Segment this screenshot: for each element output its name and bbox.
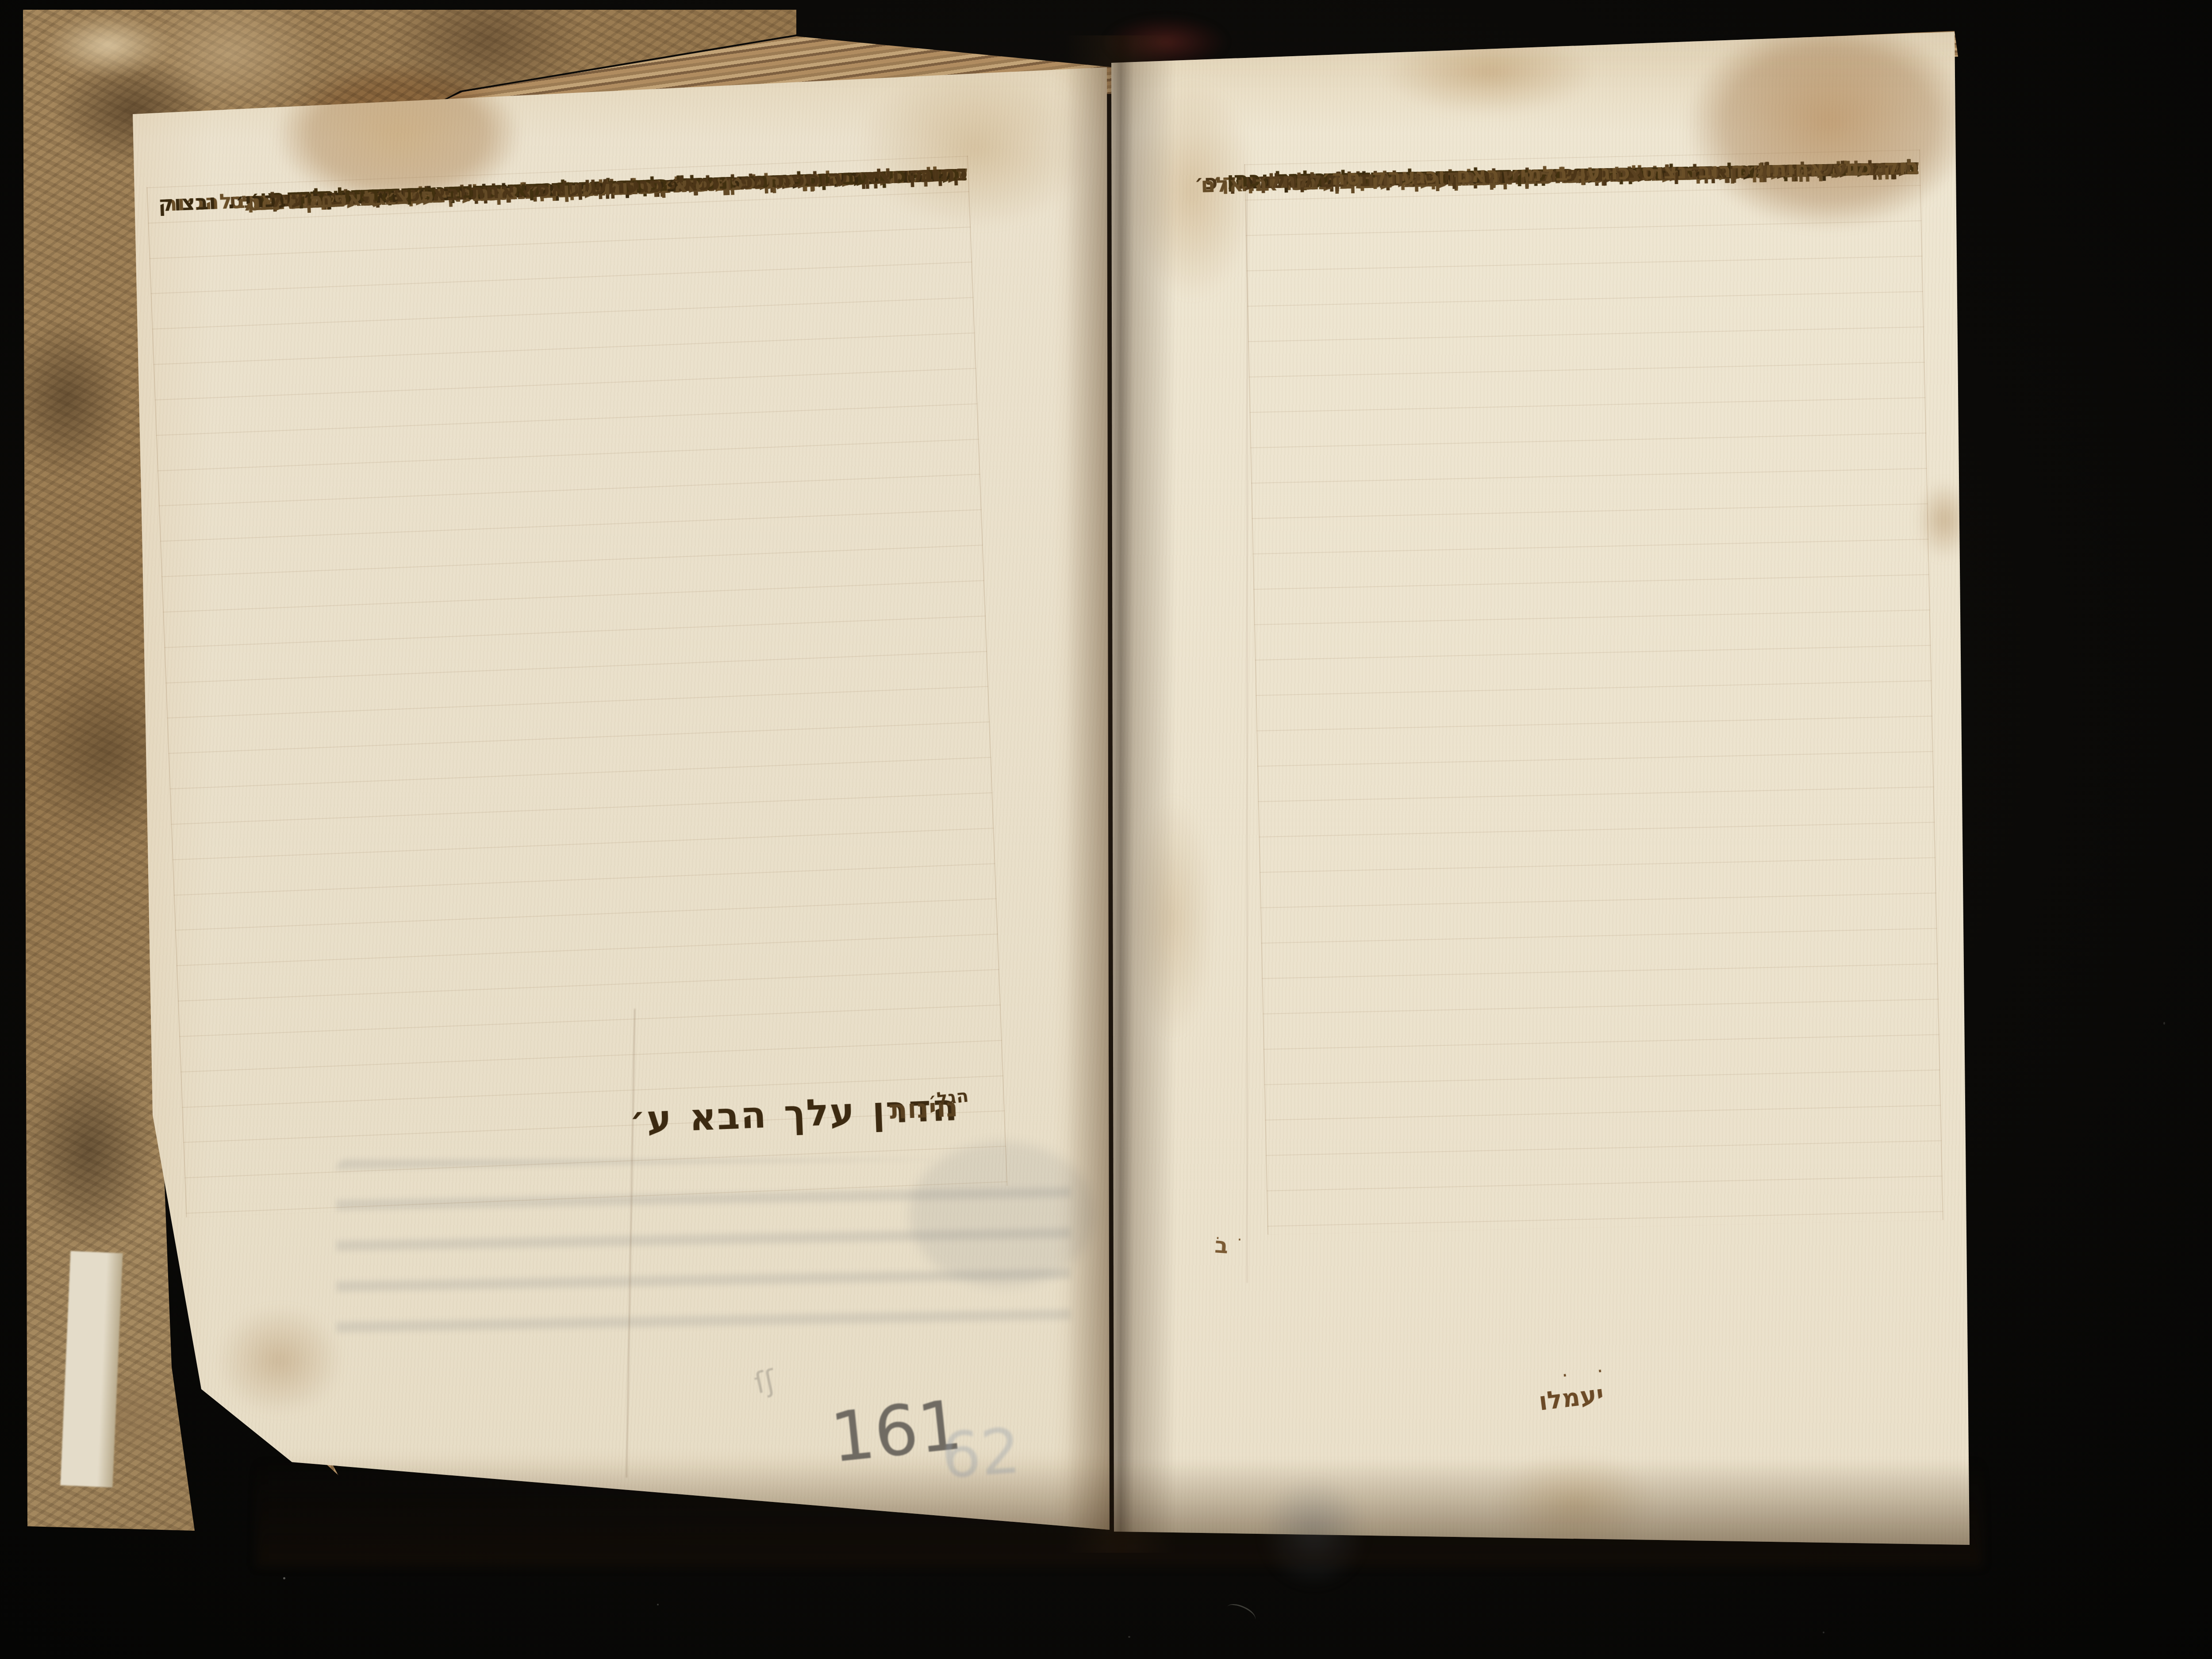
dust-speck: [2163, 1022, 2165, 1025]
flyleaf-edge-bottom: [60, 1251, 123, 1488]
dust-speck: [1128, 1636, 1130, 1638]
cover-corner-wear: [42, 12, 175, 79]
dust-speck: [1823, 1632, 1824, 1633]
manuscript-photo: יעמגו מזקנה טהיא כתובלו ·· נשא אשה ונשא …: [0, 0, 2212, 1659]
gutter-shadow: [1065, 35, 1176, 1553]
parchment-crease: [1247, 177, 1248, 1283]
catchword-gloss: הגל׳: [926, 1076, 971, 1120]
right-page-text-column: בכתב׳ עד צואר והק׳ פ׳ שומען כשאוך וכו׳ ו…: [1244, 150, 1943, 1235]
stray-fiber: [1224, 1600, 1258, 1627]
quire-mark-letter: ב: [1214, 1232, 1229, 1259]
left-page-text-column: יעמגו מזקנה טהיא כתובלו ·· נשא אשה ונשא …: [146, 156, 1007, 1217]
bottom-edge-shadow: [257, 1460, 1982, 1566]
dust-speck: [657, 1604, 659, 1605]
dust-speck: [283, 1577, 285, 1579]
